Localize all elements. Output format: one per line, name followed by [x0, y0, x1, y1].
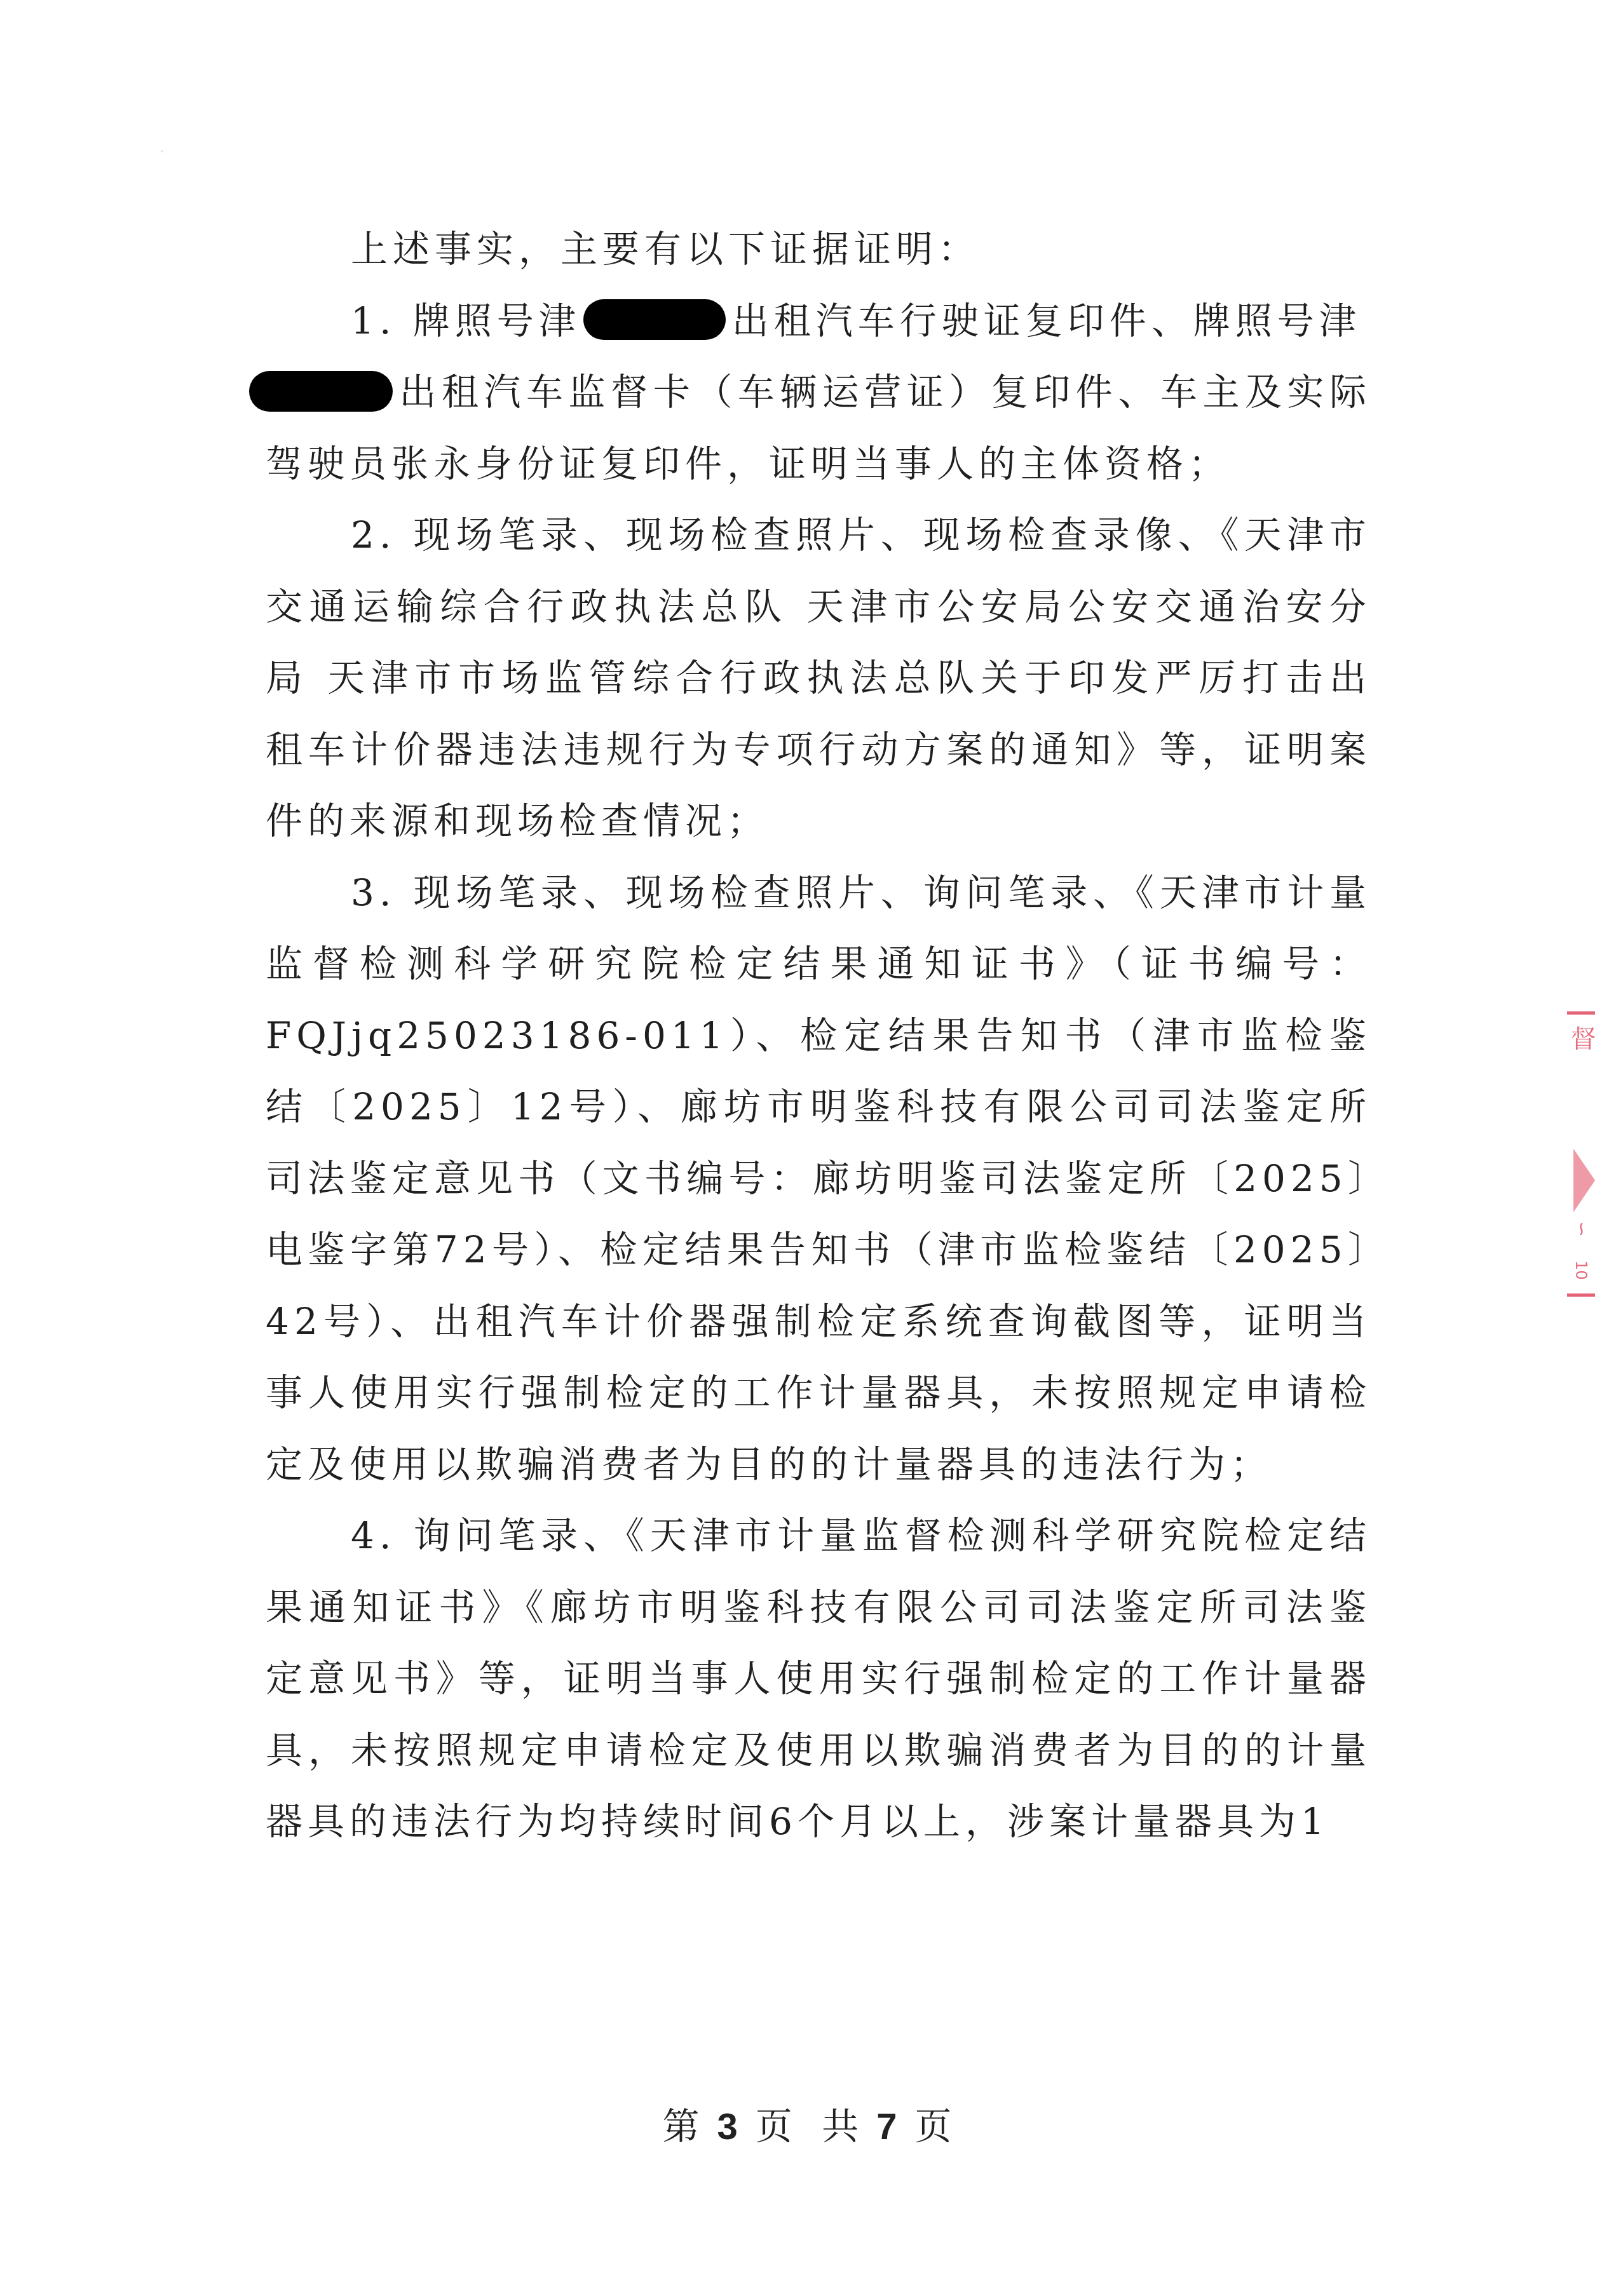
evidence-item-3: 3. 现场笔录、现场检查照片、询问笔录、《天津市计量监督检测科学研究院检定结果通…	[266, 857, 1371, 1501]
current-page-number: 3	[717, 2106, 747, 2147]
seal-char-top: 督	[1568, 1025, 1594, 1051]
redaction-block	[583, 299, 726, 340]
evidence-item-4: 4. 询问笔录、《天津市计量监督检测科学研究院检定结果通知证书》《廊坊市明鉴科技…	[266, 1500, 1371, 1858]
evidence-intro: 上述事实，主要有以下证据证明：	[266, 213, 1371, 285]
document-page: 上述事实，主要有以下证据证明： 1. 牌照号津出租汽车行驶证复印件、牌照号津出租…	[0, 0, 1623, 2296]
evidence-item-2: 2. 现场笔录、现场检查照片、现场检查录像、《天津市交通运输综合行政执法总队 天…	[266, 499, 1371, 857]
seal-border-top	[1567, 1011, 1595, 1015]
seal-char-bottom: 10	[1568, 1260, 1594, 1280]
evidence-item-1: 1. 牌照号津出租汽车行驶证复印件、牌照号津出租汽车监督卡（车辆运营证）复印件、…	[266, 285, 1371, 500]
footer-middle: 页 共	[756, 2105, 867, 2148]
seal-char-middle: ∽	[1568, 1221, 1594, 1237]
redaction-block	[249, 371, 393, 412]
footer-prefix: 第	[663, 2105, 709, 2148]
page-number-footer: 第3页 共7页	[0, 2097, 1623, 2150]
evidence-item-1-text-c: 出租汽车监督卡（车辆运营证）复印件、车主及实际驾驶员张永身份证复印件，证明当事人…	[266, 370, 1371, 485]
footer-suffix: 页	[914, 2105, 960, 2148]
document-body: 上述事实，主要有以下证据证明： 1. 牌照号津出租汽车行驶证复印件、牌照号津出租…	[266, 213, 1371, 1858]
scan-speck	[161, 150, 163, 152]
official-seal-fragment: 督 ∽ 10	[1567, 1011, 1596, 1299]
evidence-item-1-text-a: 1. 牌照号津	[351, 299, 581, 342]
seal-border-bottom	[1567, 1293, 1595, 1297]
evidence-item-1-text-b: 出租汽车行驶证复印件、牌照号津	[732, 299, 1361, 342]
seal-star-icon	[1573, 1149, 1595, 1212]
total-pages-number: 7	[876, 2106, 906, 2147]
